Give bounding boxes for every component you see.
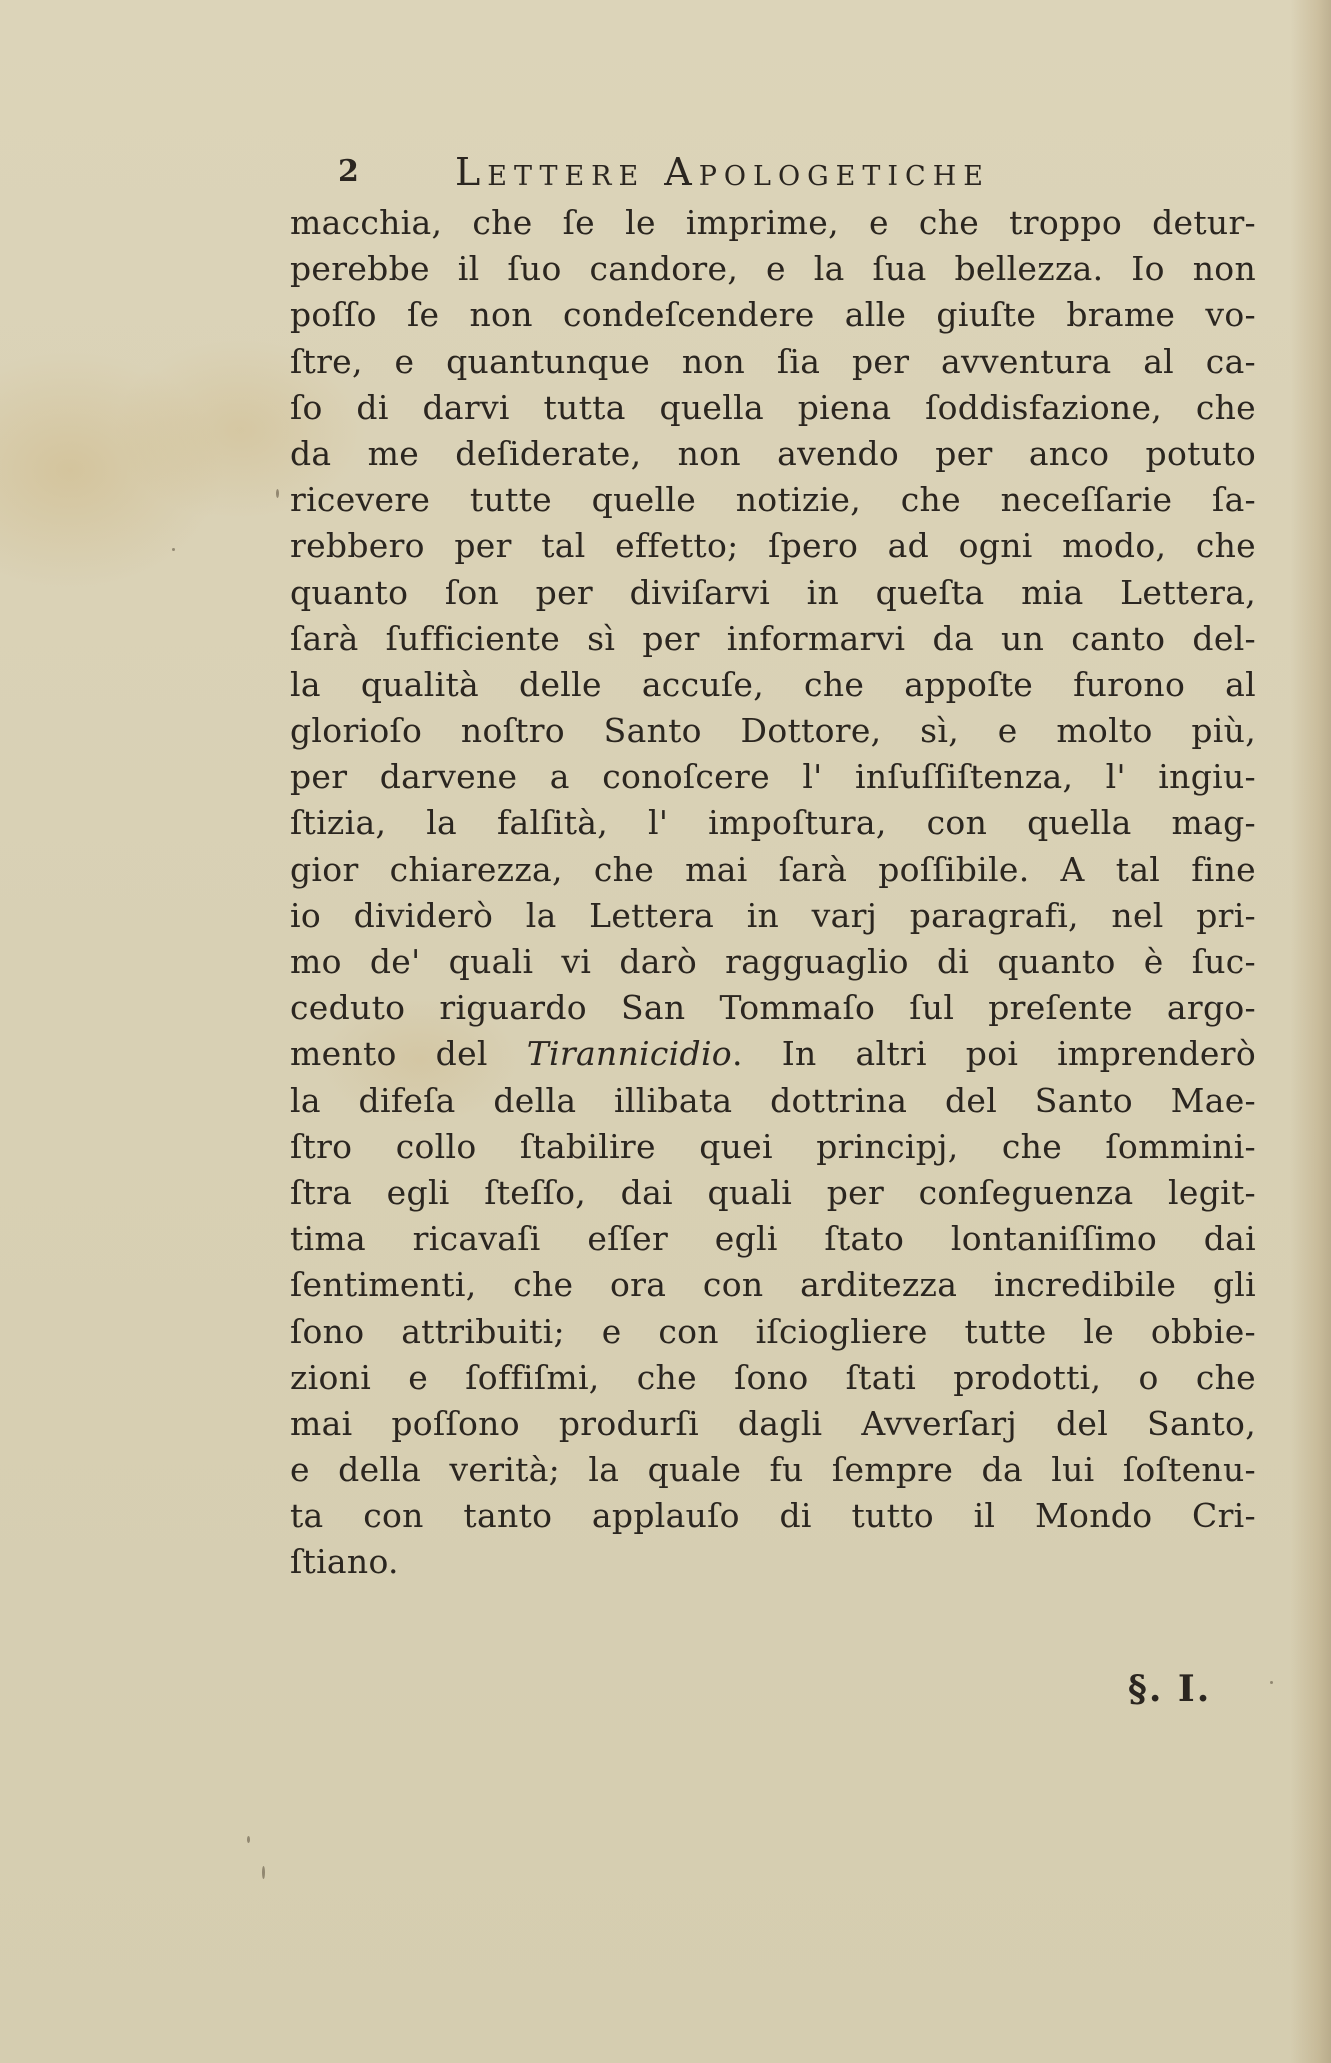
text-line: glorioſo noſtro Santo Dottore, sì, e mol… <box>290 708 1256 754</box>
page-number: 2 <box>338 154 359 189</box>
text-line: per darvene a conoſcere l' inſuſſiſtenza… <box>290 754 1256 800</box>
text-line: ricevere tutte quelle notizie, che neceſ… <box>290 477 1256 523</box>
text-segment: mento del <box>290 1034 527 1073</box>
text-line-with-italic: mento del Tirannicidio. In altri poi imp… <box>290 1031 1256 1077</box>
text-line: zioni e ſoffiſmi, che ſono ſtati prodott… <box>290 1355 1256 1401</box>
text-line: ſtro collo ſtabilire quei principj, che … <box>290 1124 1256 1170</box>
paper-speck <box>262 1866 265 1879</box>
text-line: ſtra egli ſteſſo, dai quali per conſegue… <box>290 1170 1256 1216</box>
italic-title: Tirannicidio <box>527 1034 732 1073</box>
text-line: ta con tanto applauſo di tutto il Mondo … <box>290 1493 1256 1539</box>
text-line: ſono attribuiti; e con iſciogliere tutte… <box>290 1309 1256 1355</box>
text-line: ſtizia, la falſità, l' impoſtura, con qu… <box>290 800 1256 846</box>
text-line: mo de' quali vi darò ragguaglio di quant… <box>290 939 1256 985</box>
paper-speck <box>172 548 175 551</box>
paper-speck <box>1270 1681 1273 1684</box>
text-line: rebbero per tal effetto; ſpero ad ogni m… <box>290 523 1256 569</box>
body-text: macchia, che ſe le imprime, e che troppo… <box>290 200 1256 1586</box>
text-line: ſentimenti, che ora con arditezza incred… <box>290 1262 1256 1308</box>
text-line: io dividerò la Lettera in varj paragrafi… <box>290 893 1256 939</box>
text-line: macchia, che ſe le imprime, e che troppo… <box>290 200 1256 246</box>
catchword-section-mark: §. I. <box>1128 1668 1211 1710</box>
text-line: perebbe il ſuo candore, e la ſua bellezz… <box>290 246 1256 292</box>
text-line: mai poſſono produrſi dagli Avverſarj del… <box>290 1401 1256 1447</box>
running-head: Lettere Apologetiche <box>455 150 990 194</box>
page-header: 2 Lettere Apologetiche <box>330 150 1170 194</box>
text-line: tima ricavaſi eſſer egli ſtato lontaniſſ… <box>290 1216 1256 1262</box>
text-line: la qualità delle accuſe, che appoſte fur… <box>290 662 1256 708</box>
text-line: poſſo ſe non condeſcendere alle giuſte b… <box>290 292 1256 338</box>
text-line: e della verità; la quale fu ſempre da lu… <box>290 1447 1256 1493</box>
text-segment: . In altri poi imprenderò <box>732 1034 1256 1073</box>
text-line: ſtre, e quantunque non ſia per avventura… <box>290 339 1256 385</box>
paper-speck <box>247 1836 250 1843</box>
text-line: ceduto riguardo San Tommaſo ſul preſente… <box>290 985 1256 1031</box>
text-line: quanto ſon per diviſarvi in queſta mia L… <box>290 570 1256 616</box>
text-line: la difeſa della illibata dottrina del Sa… <box>290 1078 1256 1124</box>
text-line: ſarà ſufficiente sì per informarvi da un… <box>290 616 1256 662</box>
text-line: gior chiarezza, che mai ſarà poſſibile. … <box>290 847 1256 893</box>
text-line-last: ſtiano. <box>290 1539 1256 1585</box>
paper-speck <box>276 489 279 498</box>
text-line: da me deſiderate, non avendo per anco po… <box>290 431 1256 477</box>
text-line: ſo di darvi tutta quella piena ſoddisfaz… <box>290 385 1256 431</box>
